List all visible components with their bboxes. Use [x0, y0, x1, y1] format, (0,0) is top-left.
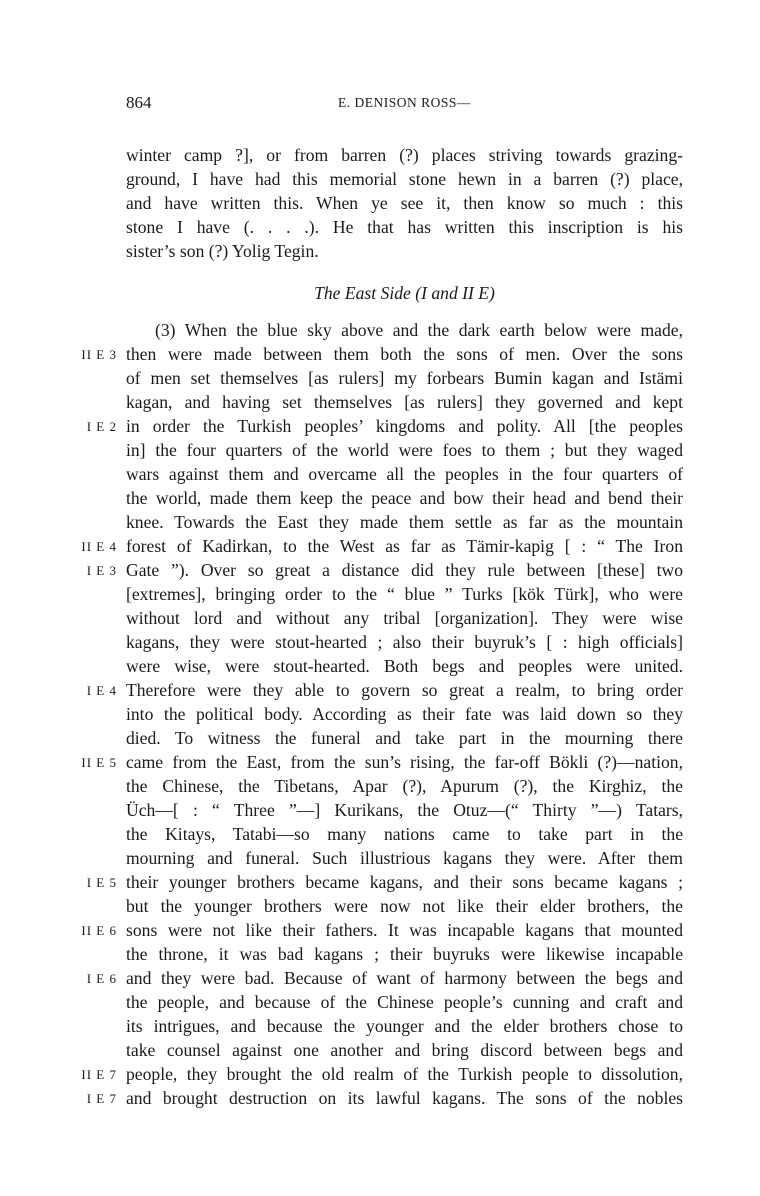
text-line: take counsel against one another and bri… — [126, 1038, 683, 1062]
line-text: without lord and without any tribal [org… — [126, 606, 683, 630]
text-line: [extremes], bringing order to the “ blue… — [126, 582, 683, 606]
line-text: Therefore were they able to govern so gr… — [126, 678, 683, 702]
line-text: in order the Turkish peoples’ kingdoms a… — [126, 414, 683, 438]
text-line: kagans, they were stout-hearted ; also t… — [126, 630, 683, 654]
text-line: the world, made them keep the peace and … — [126, 486, 683, 510]
line-text: kagan, and having set themselves [as rul… — [126, 390, 683, 414]
margin-line-reference: I E 2 — [87, 415, 117, 439]
text-line: people, they brought the old realm of th… — [126, 1062, 683, 1086]
text-line: stone I have (. . . .). He that has writ… — [126, 215, 683, 239]
line-text: but the younger brothers were now not li… — [126, 894, 683, 918]
text-line: but the younger brothers were now not li… — [126, 894, 683, 918]
line-text: the Chinese, the Tibetans, Apar (?), Apu… — [126, 774, 683, 798]
text-line: without lord and without any tribal [org… — [126, 606, 683, 630]
running-head: 864 E. DENISON ROSS— — [126, 93, 683, 117]
line-text: (3) When the blue sky above and the dark… — [155, 318, 683, 342]
text-line: died. To witness the funeral and take pa… — [126, 726, 683, 750]
line-text: were wise, were stout-hearted. Both begs… — [126, 654, 683, 678]
line-text: forest of Kadirkan, to the West as far a… — [126, 534, 683, 558]
line-text: knee. Towards the East they made them se… — [126, 510, 683, 534]
text-line: and have written this. When ye see it, t… — [126, 191, 683, 215]
margin-line-reference: II E 7 — [81, 1063, 117, 1087]
line-text: came from the East, from the sun’s risin… — [126, 750, 683, 774]
text-line: the throne, it was bad kagans ; their bu… — [126, 942, 683, 966]
text-line: in] the four quarters of the world were … — [126, 438, 683, 462]
line-text: the throne, it was bad kagans ; their bu… — [126, 942, 683, 966]
line-text: Üch—[ : “ Three ”—] Kurikans, the Otuz—(… — [126, 798, 683, 822]
margin-line-reference: I E 5 — [87, 871, 117, 895]
text-line: and brought destruction on its lawful ka… — [126, 1086, 683, 1110]
line-text: wars against them and overcame all the p… — [126, 462, 683, 486]
line-text: Gate ”). Over so great a distance did th… — [126, 558, 683, 582]
text-line: then were made between them both the son… — [126, 342, 683, 366]
margin-line-reference: II E 4 — [81, 535, 117, 559]
line-text: people, they brought the old realm of th… — [126, 1062, 683, 1086]
text-line: the people, and because of the Chinese p… — [126, 990, 683, 1014]
text-line: Gate ”). Over so great a distance did th… — [126, 558, 683, 582]
text-line: forest of Kadirkan, to the West as far a… — [126, 534, 683, 558]
margin-line-reference: II E 3 — [81, 343, 117, 367]
running-title: E. DENISON ROSS— — [126, 95, 683, 111]
text-line: the Chinese, the Tibetans, Apar (?), Apu… — [126, 774, 683, 798]
line-text: and they were bad. Because of want of ha… — [126, 966, 683, 990]
line-text: sons were not like their fathers. It was… — [126, 918, 683, 942]
line-text: their younger brothers became kagans, an… — [126, 870, 683, 894]
text-line: in order the Turkish peoples’ kingdoms a… — [126, 414, 683, 438]
margin-line-reference: II E 6 — [81, 919, 117, 943]
line-text: the people, and because of the Chinese p… — [126, 990, 683, 1014]
line-text: into the political body. According as th… — [126, 702, 683, 726]
line-text: kagans, they were stout-hearted ; also t… — [126, 630, 683, 654]
text-line: kagan, and having set themselves [as rul… — [126, 390, 683, 414]
text-line: sister’s son (?) Yolig Tegin. — [126, 239, 683, 263]
margin-line-reference: II E 5 — [81, 751, 117, 775]
text-line: their younger brothers became kagans, an… — [126, 870, 683, 894]
margin-line-reference: I E 7 — [87, 1087, 117, 1111]
text-line: mourning and funeral. Such illustrious k… — [126, 846, 683, 870]
text-line: were wise, were stout-hearted. Both begs… — [126, 654, 683, 678]
margin-line-reference: I E 3 — [87, 559, 117, 583]
east-side-paragraph: (3) When the blue sky above and the dark… — [126, 318, 683, 1110]
margin-line-reference: I E 6 — [87, 967, 117, 991]
text-line: the Kitays, Tatabi—so many nations came … — [126, 822, 683, 846]
continuation-paragraph: winter camp ?], or from barren (?) place… — [126, 143, 683, 263]
text-line: (3) When the blue sky above and the dark… — [126, 318, 683, 342]
text-line: of men set themselves [as rulers] my for… — [126, 366, 683, 390]
text-line: sons were not like their fathers. It was… — [126, 918, 683, 942]
text-line: knee. Towards the East they made them se… — [126, 510, 683, 534]
text-line: came from the East, from the sun’s risin… — [126, 750, 683, 774]
text-line: Üch—[ : “ Three ”—] Kurikans, the Otuz—(… — [126, 798, 683, 822]
margin-line-reference: I E 4 — [87, 679, 117, 703]
line-text: mourning and funeral. Such illustrious k… — [126, 846, 683, 870]
text-line: and they were bad. Because of want of ha… — [126, 966, 683, 990]
text-line: its intrigues, and because the younger a… — [126, 1014, 683, 1038]
text-line: ground, I have had this memorial stone h… — [126, 167, 683, 191]
line-text: died. To witness the funeral and take pa… — [126, 726, 683, 750]
line-text: and brought destruction on its lawful ka… — [126, 1086, 683, 1110]
text-line: wars against them and overcame all the p… — [126, 462, 683, 486]
line-text: then were made between them both the son… — [126, 342, 683, 366]
line-text: in] the four quarters of the world were … — [126, 438, 683, 462]
text-line: Therefore were they able to govern so gr… — [126, 678, 683, 702]
section-heading: The East Side (I and II E) — [126, 283, 683, 304]
text-line: into the political body. According as th… — [126, 702, 683, 726]
line-text: the Kitays, Tatabi—so many nations came … — [126, 822, 683, 846]
line-text: its intrigues, and because the younger a… — [126, 1014, 683, 1038]
text-line: winter camp ?], or from barren (?) place… — [126, 143, 683, 167]
line-text: [extremes], bringing order to the “ blue… — [126, 582, 683, 606]
line-text: of men set themselves [as rulers] my for… — [126, 366, 683, 390]
line-text: take counsel against one another and bri… — [126, 1038, 683, 1062]
line-text: the world, made them keep the peace and … — [126, 486, 683, 510]
